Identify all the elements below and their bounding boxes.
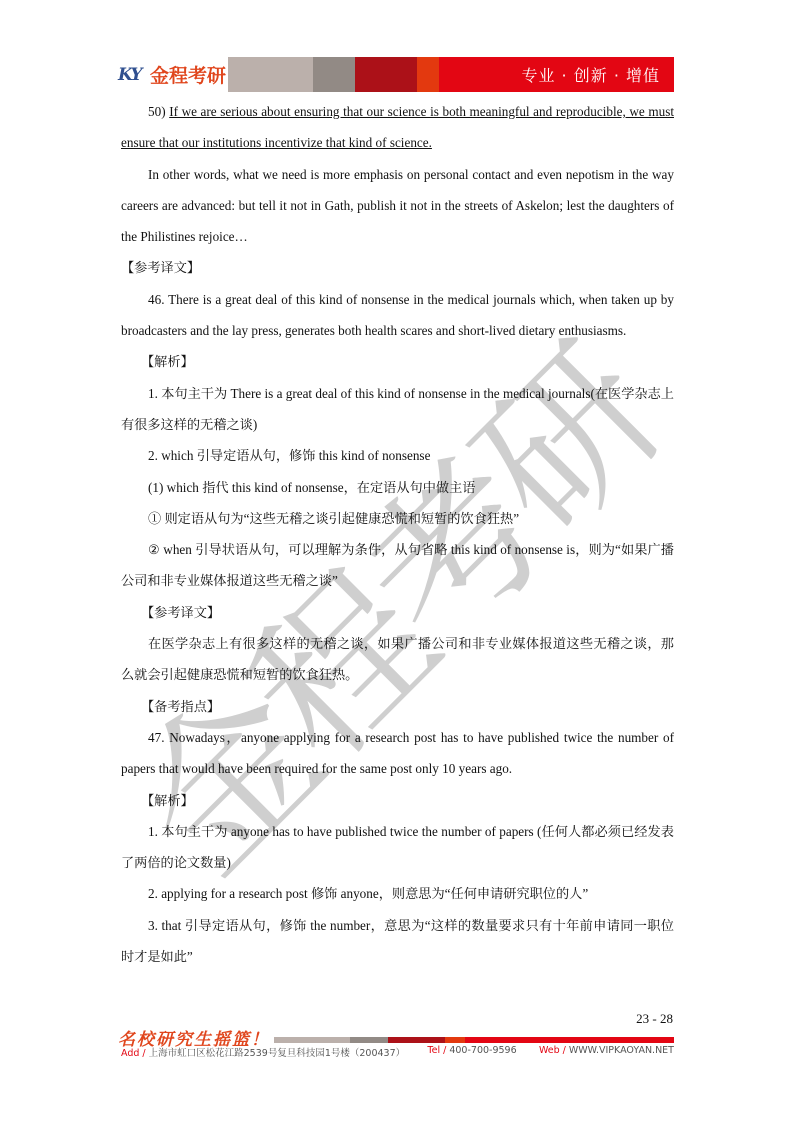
heading-analysis: 【解析】 bbox=[121, 346, 674, 377]
heading-reference-translation: 【参考译文】 bbox=[121, 252, 674, 283]
address-value: 上海市虹口区松花江路2539号复旦科技园1号楼（200437） bbox=[149, 1048, 406, 1059]
heading-analysis-2: 【解析】 bbox=[121, 785, 674, 816]
header-band-beige bbox=[228, 57, 313, 92]
question-50-underlined: If we are serious about ensuring that ou… bbox=[121, 104, 674, 150]
footer-band-gray bbox=[350, 1037, 388, 1043]
ky-logo-icon: KY bbox=[118, 65, 148, 85]
header-band-orange bbox=[417, 57, 439, 92]
footer-banner: 名校研究生摇篮！ bbox=[118, 1027, 674, 1047]
footer-tel: Tel / 400-700-9596 bbox=[427, 1045, 516, 1059]
analysis-46-point-2-1: (1) which 指代 this kind of nonsense，在定语从句… bbox=[121, 472, 674, 503]
footer-address: Add / 上海市虹口区松花江路2539号复旦科技园1号楼（200437） bbox=[121, 1045, 405, 1059]
heading-reference-translation-2: 【参考译文】 bbox=[121, 597, 674, 628]
document-body: 50) If we are serious about ensuring tha… bbox=[121, 96, 674, 972]
footer-contact-info: Add / 上海市虹口区松花江路2539号复旦科技园1号楼（200437） Te… bbox=[121, 1045, 674, 1059]
footer-band-darkred bbox=[388, 1037, 445, 1043]
tel-label: Tel / bbox=[427, 1045, 449, 1056]
question-47: 47. Nowadays，anyone applying for a resea… bbox=[121, 722, 674, 785]
analysis-46-circle-2: ② when 引导状语从句，可以理解为条件，从句省略 this kind of … bbox=[121, 534, 674, 597]
tel-value: 400-700-9596 bbox=[449, 1045, 516, 1056]
footer-band-red bbox=[465, 1037, 674, 1043]
web-label: Web / bbox=[539, 1045, 569, 1056]
question-50: 50) If we are serious about ensuring tha… bbox=[121, 96, 674, 159]
header-slogan: 专业 · 创新 · 增值 bbox=[521, 63, 660, 86]
header-band-darkred bbox=[355, 57, 417, 92]
page-number: 23 - 28 bbox=[636, 1011, 673, 1027]
analysis-47-point-2: 2. applying for a research post 修饰 anyon… bbox=[121, 878, 674, 909]
brand-logo: KY 金程考研 bbox=[118, 57, 228, 92]
footer-web: Web / WWW.VIPKAOYAN.NET bbox=[539, 1045, 674, 1059]
analysis-46-point-2: 2. which 引导定语从句，修饰 this kind of nonsense bbox=[121, 440, 674, 471]
analysis-47-point-3: 3. that 引导定语从句，修饰 the number，意思为“这样的数量要求… bbox=[121, 910, 674, 973]
header-band-red: 专业 · 创新 · 增值 bbox=[439, 57, 674, 92]
paragraph-other-words: In other words, what we need is more emp… bbox=[121, 159, 674, 253]
heading-exam-tips: 【备考指点】 bbox=[121, 691, 674, 722]
page-header: KY 金程考研 专业 · 创新 · 增值 bbox=[118, 57, 674, 92]
brand-name: 金程考研 bbox=[150, 61, 226, 88]
analysis-47-point-1: 1. 本句主干为 anyone has to have published tw… bbox=[121, 816, 674, 879]
question-46: 46. There is a great deal of this kind o… bbox=[121, 284, 674, 347]
web-value[interactable]: WWW.VIPKAOYAN.NET bbox=[569, 1045, 674, 1056]
analysis-46-point-1: 1. 本句主干为 There is a great deal of this k… bbox=[121, 378, 674, 441]
question-50-number: 50) bbox=[148, 104, 169, 119]
footer-band-orange bbox=[445, 1037, 465, 1043]
header-band-gray bbox=[313, 57, 355, 92]
analysis-46-circle-1: ① 则定语从句为“这些无稽之谈引起健康恐慌和短暂的饮食狂热” bbox=[121, 503, 674, 534]
address-label: Add / bbox=[121, 1048, 149, 1059]
footer-band-beige bbox=[274, 1037, 350, 1043]
translation-46: 在医学杂志上有很多这样的无稽之谈，如果广播公司和非专业媒体报道这些无稽之谈，那么… bbox=[121, 628, 674, 691]
